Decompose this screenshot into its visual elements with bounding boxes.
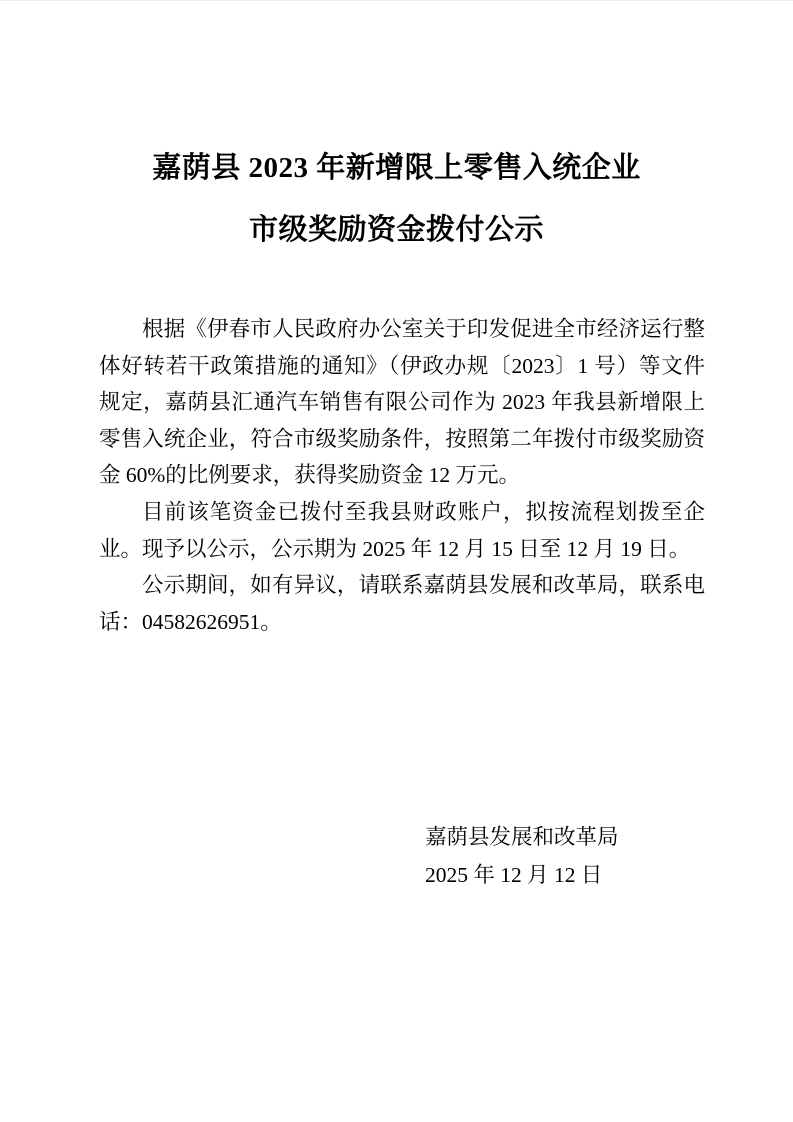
signature-agency: 嘉荫县发展和改革局 xyxy=(425,818,793,856)
body-paragraph-contact: 公示期间，如有异议，请联系嘉荫县发展和改革局，联系电话：04582626951。 xyxy=(99,567,705,640)
document-body: 根据《伊春市人民政府办公室关于印发促进全市经济运行整体好转若干政策措施的通知》（… xyxy=(99,311,705,640)
signature-block: 嘉荫县发展和改革局 2025 年 12 月 12 日 xyxy=(425,818,793,894)
document-title-line-1: 嘉荫县 2023 年新增限上零售入统企业 xyxy=(44,137,749,199)
body-paragraph-basis: 根据《伊春市人民政府办公室关于印发促进全市经济运行整体好转若干政策措施的通知》（… xyxy=(99,311,705,494)
signature-date: 2025 年 12 月 12 日 xyxy=(425,856,793,894)
document-title: 嘉荫县 2023 年新增限上零售入统企业 市级奖励资金拨付公示 xyxy=(44,137,749,261)
body-paragraph-publicity-period: 目前该笔资金已拨付至我县财政账户，拟按流程划拨至企业。现予以公示，公示期为 20… xyxy=(99,494,705,567)
document-page: 嘉荫县 2023 年新增限上零售入统企业 市级奖励资金拨付公示 根据《伊春市人民… xyxy=(0,0,793,1122)
document-title-line-2: 市级奖励资金拨付公示 xyxy=(44,199,749,261)
